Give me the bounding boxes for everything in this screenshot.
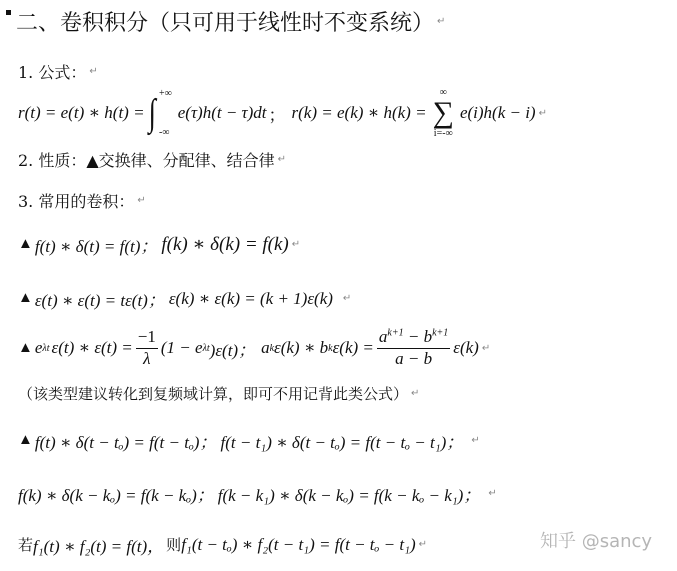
triangle-bullet-icon: ▲ <box>18 236 33 253</box>
shift-then: f₁(t − tₒ) ∗ f₂(t − t₁) = f(t − tₒ − t₁) <box>181 535 415 555</box>
continuous-conv-left: r(t) = e(t) ∗ h(t) = <box>18 103 145 123</box>
return-mark-icon: ↵ <box>89 66 97 77</box>
formula-label: 1. 公式： <box>18 60 86 83</box>
note-line: （该类型建议转化到复频域计算，即可不用记背此类公式） ↵ <box>18 383 419 404</box>
exp-right-power: λt <box>203 343 210 354</box>
fraction-numerator: −1 <box>136 327 158 348</box>
return-mark-icon: ↵ <box>343 293 351 304</box>
return-mark-icon: ↵ <box>292 239 300 250</box>
exponential-formula-line: ▲ eλt ε(t) ∗ ε(t) = −1 λ (1 − eλt)ε(t)； … <box>18 325 490 371</box>
shift-property-line: 若 f₁(t) ∗ f₂(t) = f(t)， 则 f₁(t − tₒ) ∗ f… <box>18 532 427 557</box>
sum-lower: i=-∞ <box>434 128 453 139</box>
separator: ； <box>269 101 286 126</box>
exp-right-a: (1 − e <box>161 338 203 358</box>
geo-fraction: ak+1 − bk+1 a − b <box>377 327 450 369</box>
common-label-line: 3. 常用的卷积： ↵ <box>18 189 146 212</box>
triangle-bullet-icon: ▲ <box>18 340 33 357</box>
return-mark-icon: ↵ <box>488 488 496 499</box>
shift-continuous-a: f(t) ∗ δ(t − tₒ) = f(t − tₒ)； <box>35 428 217 453</box>
note-text: （该类型建议转化到复频域计算，即可不用记背此类公式） <box>18 383 408 404</box>
heading-bullet-icon <box>6 10 11 15</box>
shift-discrete-line: f(k) ∗ δ(k − kₒ) = f(k − kₒ)； f(k − k₁) … <box>18 481 497 506</box>
return-mark-icon: ↵ <box>437 16 445 27</box>
return-mark-icon: ↵ <box>471 435 479 446</box>
step-discrete: ε(k) ∗ ε(k) = (k + 1)ε(k) <box>169 289 333 309</box>
geo-denominator: a − b <box>395 349 432 369</box>
exp-power: λt <box>42 343 49 354</box>
return-mark-icon: ↵ <box>539 108 547 119</box>
triangle-bullet-icon: ▲ <box>18 290 33 307</box>
return-mark-icon: ↵ <box>482 343 490 354</box>
return-mark-icon: ↵ <box>278 154 286 165</box>
geo-right: ε(k) <box>453 338 479 358</box>
shift-continuous-b: f(t − t₁) ∗ δ(t − tₒ) = f(t − tₒ − t₁)； <box>220 428 463 453</box>
step-continuous: ε(t) ∗ ε(t) = tε(t)； <box>35 286 165 311</box>
heading-text: 二、卷积积分（只可用于线性时不变系统） <box>16 6 434 37</box>
geo-numerator: ak+1 − bk+1 <box>377 327 450 348</box>
common-label: 3. 常用的卷积： <box>18 189 134 212</box>
integral-lower: -∞ <box>159 127 172 138</box>
shift-if: f₁(t) ∗ f₂(t) = f(t)， <box>33 532 164 557</box>
fraction-denominator: λ <box>143 349 150 369</box>
fraction: −1 λ <box>136 327 158 369</box>
property-line: 2. 性质： ▲交换律、分配律、结合律 ↵ <box>18 148 286 171</box>
impulse-formula-line: ▲ f(t) ∗ δ(t) = f(t)； f(k) ∗ δ(k) = f(k)… <box>18 232 300 257</box>
impulse-discrete: f(k) ∗ δ(k) = f(k) <box>161 233 288 256</box>
integral-limits: +∞ -∞ <box>159 88 172 138</box>
triangle-bullet-icon: ▲ <box>18 432 33 449</box>
watermark: 知乎 @sancy <box>540 527 652 553</box>
formula-label-line: 1. 公式： ↵ <box>18 60 98 83</box>
shift-discrete-b: f(k − k₁) ∗ δ(k − kₒ) = f(k − kₒ − k₁)； <box>218 481 481 506</box>
summand: e(i)h(k − i) <box>460 103 536 123</box>
if-prefix: 若 <box>18 534 33 555</box>
geo-mid: ε(k) ∗ b <box>274 338 328 358</box>
return-mark-icon: ↵ <box>419 539 427 550</box>
section-heading: 二、卷积积分（只可用于线性时不变系统） ↵ <box>6 6 445 37</box>
geo-mid2: ε(k) = <box>333 338 374 358</box>
integral-upper: +∞ <box>159 88 172 99</box>
step-formula-line: ▲ ε(t) ∗ ε(t) = tε(t)； ε(k) ∗ ε(k) = (k … <box>18 286 351 311</box>
shift-discrete-a: f(k) ∗ δ(k − kₒ) = f(k − kₒ)； <box>18 481 214 506</box>
exp-right-b: )ε(t)； <box>210 336 255 361</box>
summation: ∞ ∑ i=-∞ <box>433 87 454 139</box>
exp-mid: ε(t) ∗ ε(t) = <box>52 338 133 358</box>
integrand: e(τ)h(t − τ)dt <box>178 103 267 123</box>
geo-a: a <box>261 338 270 358</box>
then-prefix: 则 <box>166 534 181 555</box>
sigma-icon: ∑ <box>433 98 454 128</box>
property-label: 2. 性质： <box>18 148 86 171</box>
convolution-formula-line: r(t) = e(t) ∗ h(t) = ∫ +∞ -∞ e(τ)h(t − τ… <box>18 88 547 138</box>
discrete-conv-left: r(k) = e(k) ∗ h(k) = <box>292 103 427 123</box>
return-mark-icon: ↵ <box>411 388 419 399</box>
integral-icon: ∫ <box>148 94 155 132</box>
property-text: ▲交换律、分配律、结合律 <box>86 148 274 171</box>
impulse-continuous: f(t) ∗ δ(t) = f(t)； <box>35 232 158 257</box>
return-mark-icon: ↵ <box>137 195 145 206</box>
shift-formula-line: ▲ f(t) ∗ δ(t − tₒ) = f(t − tₒ)； f(t − t₁… <box>18 428 480 453</box>
